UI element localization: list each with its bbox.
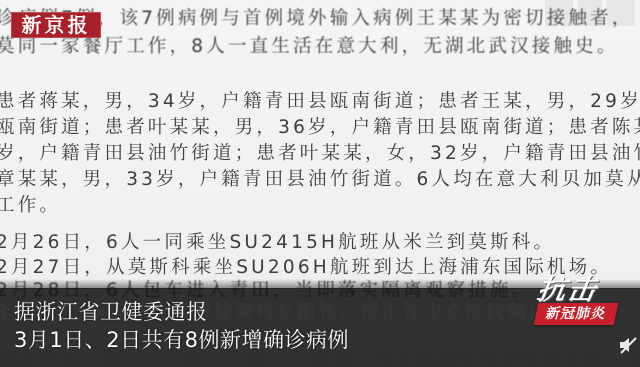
caption-line-2: 3月1日、2日共有8例新增确诊病例 [14,324,349,354]
badge-title: 抗击 [534,268,601,308]
doc-line: 患者蒋某，男，34岁，户籍青田县瓯南街道；患者王某，男，29岁，户籍青田县 [0,87,640,113]
caption-line-1: 据浙江省卫健委通报 [14,296,208,326]
doc-line: 章某某，男，33岁，户籍青田县油竹街道。6人均在意大利贝加莫从事餐饮服务 [0,165,640,191]
fight-covid-badge: 抗击 新冠肺炎 [532,268,632,328]
doc-line: 岁，户籍青田县油竹街道；患者叶某某，女，32岁，户籍青田县油竹街道；患者 [0,139,640,165]
doc-line: 瓯南街道；患者叶某某，男，36岁，户籍青田县瓯南街道；患者陈某某，男，23 [0,113,640,139]
doc-line: 工作。 [0,191,61,217]
doc-line: 2月26日，6人一同乘坐SU2415H航班从米兰到莫斯科。 [0,228,555,254]
xinjingbao-logo: 新京报 [11,12,101,38]
muted-speaker-icon[interactable] [618,335,638,355]
badge-subtitle: 新冠肺炎 [534,303,619,325]
